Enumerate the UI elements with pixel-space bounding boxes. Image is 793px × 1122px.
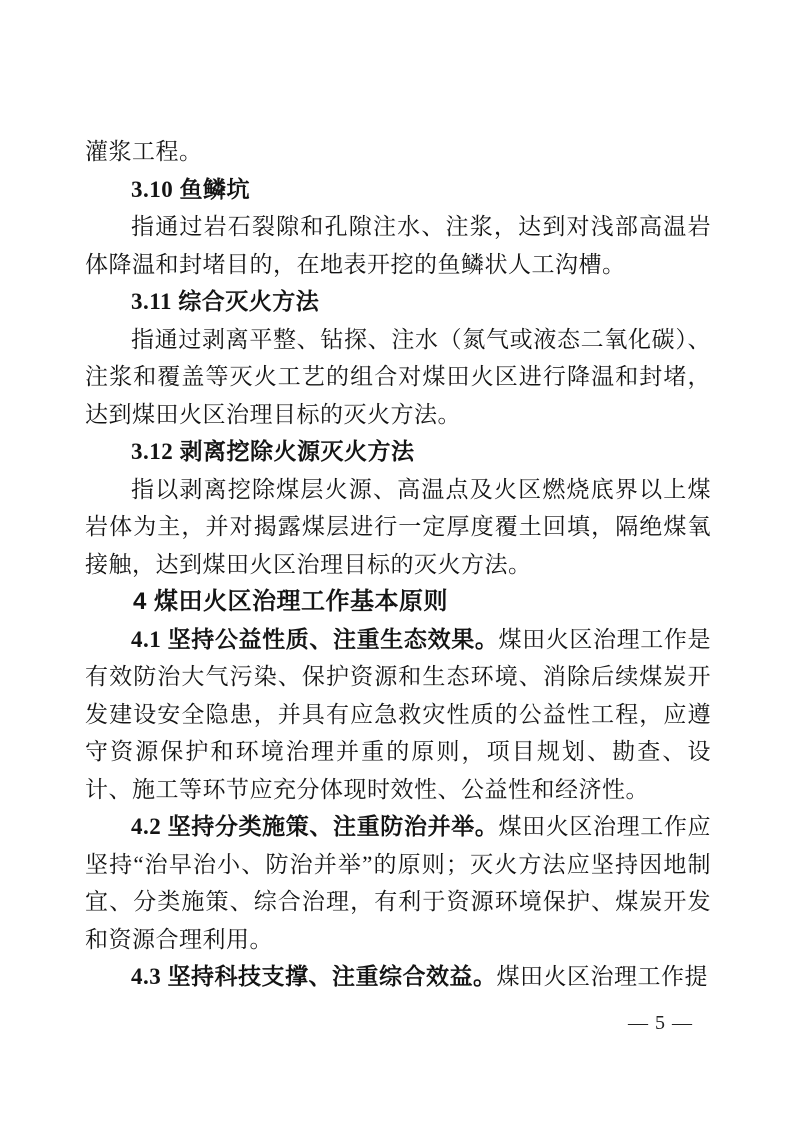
page-number: — 5 — <box>628 1008 693 1038</box>
document-content: 灌浆工程。 3.10 鱼鳞坑 指通过岩石裂隙和孔隙注水、注浆，达到对浅部高温岩体… <box>85 133 711 996</box>
section-heading-3-11: 3.11 综合灭火方法 <box>85 283 711 321</box>
section-paragraph-4-2: 4.2 坚持分类施策、注重防治并举。煤田火区治理工作应坚持“治早治小、防治并举”… <box>85 808 711 958</box>
section-heading-3-10: 3.10 鱼鳞坑 <box>85 171 711 209</box>
section-body-4-1: 煤田火区治理工作是有效防治大气污染、保护资源和生态环境、消除后续煤炭开发建设安全… <box>85 627 711 802</box>
section-body-3-10: 指通过岩石裂隙和孔隙注水、注浆，达到对浅部高温岩体降温和封堵目的，在地表开挖的鱼… <box>85 208 711 283</box>
section-body-4-3: 煤田火区治理工作提 <box>497 964 709 989</box>
document-page: 灌浆工程。 3.10 鱼鳞坑 指通过岩石裂隙和孔隙注水、注浆，达到对浅部高温岩体… <box>0 0 793 1122</box>
section-lead-4-1: 4.1 坚持公益性质、注重生态效果。 <box>131 627 498 652</box>
section-heading-3-12: 3.12 剥离挖除火源灭火方法 <box>85 433 711 471</box>
section-lead-4-2: 4.2 坚持分类施策、注重防治并举。 <box>131 814 498 839</box>
section-paragraph-4-3: 4.3 坚持科技支撑、注重综合效益。煤田火区治理工作提 <box>85 958 711 996</box>
section-lead-4-3: 4.3 坚持科技支撑、注重综合效益。 <box>131 964 497 989</box>
chapter-heading-4: 4 煤田火区治理工作基本原则 <box>85 583 711 621</box>
section-paragraph-4-1: 4.1 坚持公益性质、注重生态效果。煤田火区治理工作是有效防治大气污染、保护资源… <box>85 621 711 809</box>
section-body-3-12: 指以剥离挖除煤层火源、高温点及火区燃烧底界以上煤岩体为主，并对揭露煤层进行一定厚… <box>85 471 711 584</box>
paragraph-continuation: 灌浆工程。 <box>85 133 711 171</box>
section-body-3-11: 指通过剥离平整、钻探、注水（氮气或液态二氧化碳）、注浆和覆盖等灭火工艺的组合对煤… <box>85 321 711 434</box>
